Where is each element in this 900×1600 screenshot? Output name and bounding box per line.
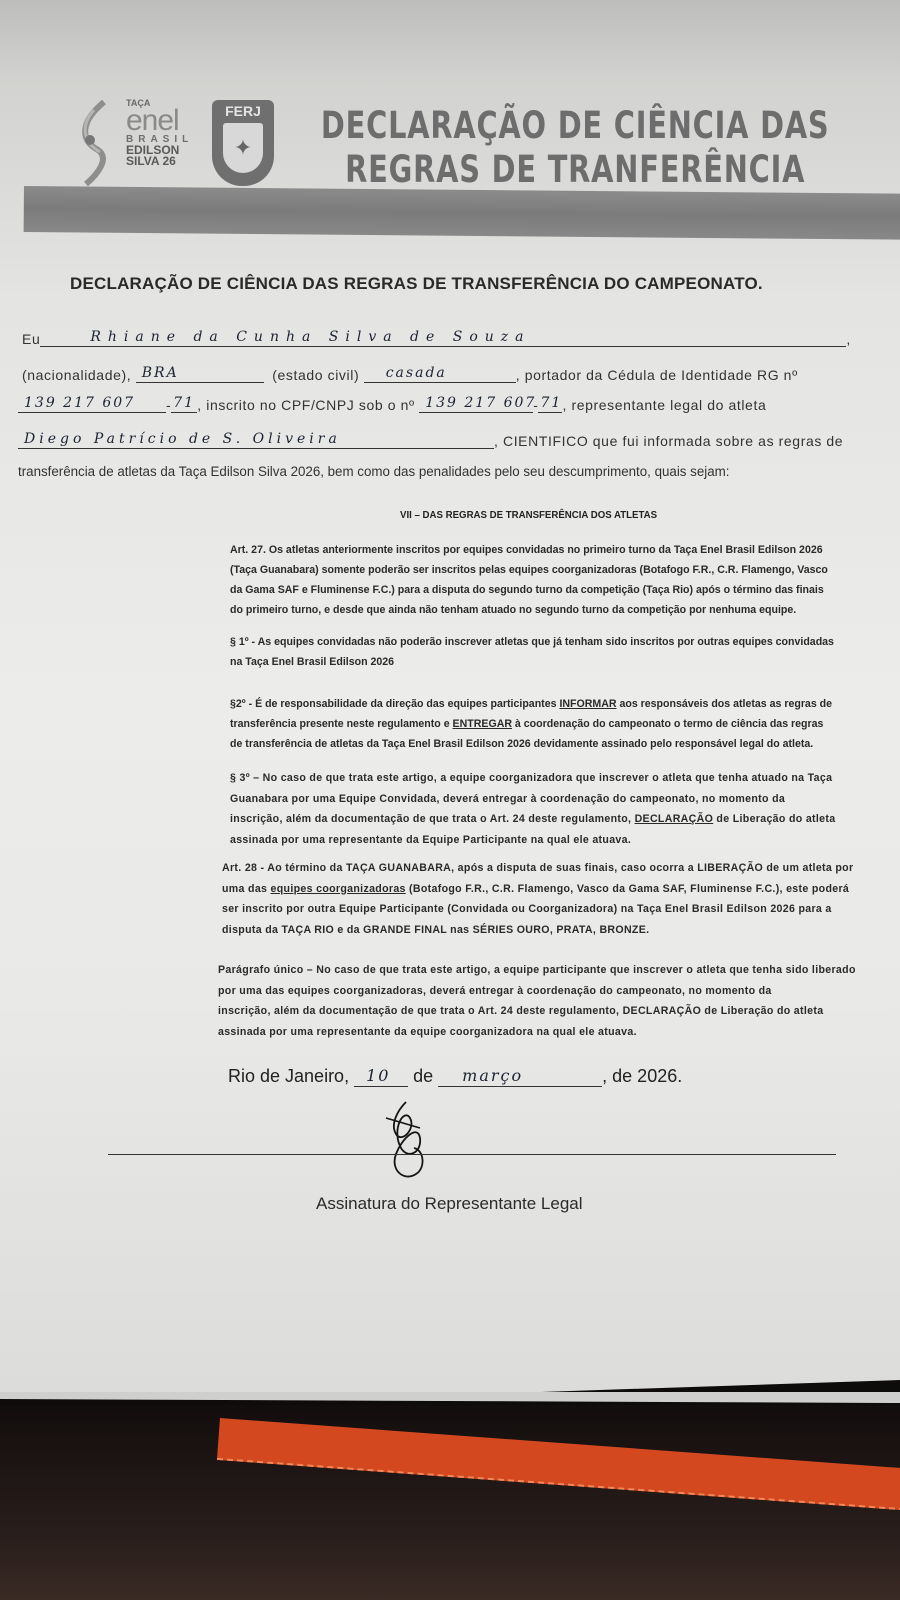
nacionalidade-field[interactable]: BRA (136, 364, 264, 383)
par3-text: inscrição, além da documentação de que t… (230, 813, 635, 825)
ferj-label: FERJ (212, 103, 274, 119)
par2-text: transferência presente neste regulamento… (230, 718, 453, 730)
atleta-field[interactable]: Diego Patrício de S. Oliveira (18, 428, 494, 449)
city-label: Rio de Janeiro, (228, 1066, 349, 1086)
par2-text: à coordenação do campeonato o termo de c… (512, 718, 823, 730)
nacionalidade-value: BRA (142, 365, 179, 381)
cpf-value: 139 217 607 (425, 395, 536, 411)
closing-text: transferência de atletas da Taça Edilson… (18, 464, 729, 480)
art28-text: (Botafogo F.R., C.R. Flamengo, Vasco da … (406, 883, 849, 895)
par3-line: Guanabara por uma Equipe Convidada, deve… (230, 789, 835, 810)
month-field[interactable]: março (438, 1066, 602, 1087)
page-title-line1: DECLARAÇÃO DE CIÊNCIA DAS (310, 104, 840, 148)
art28-line: Art. 28 - Ao término da TAÇA GUANABARA, … (222, 858, 853, 879)
unico-line: inscrição, além da documentação de que t… (218, 1001, 856, 1022)
rg-field[interactable]: 139 217 607 (18, 394, 166, 413)
header-band (24, 186, 900, 240)
de-label: de (413, 1066, 433, 1086)
athlete-row: Diego Patrício de S. Oliveira, CIENTIFIC… (18, 428, 843, 449)
cientifico-text: , CIENTIFICO que fui informada sobre as … (494, 433, 843, 449)
cpf-suffix-field[interactable]: 71 (538, 394, 562, 413)
art27-line: (Taça Guanabara) somente poderão ser ins… (230, 560, 828, 580)
par1-line: § 1º - As equipes convidadas não poderão… (230, 632, 834, 652)
rg-value: 139 217 607 (24, 395, 135, 411)
cpf-label: , inscrito no CPF/CNPJ sob o nº (197, 397, 414, 413)
eu-label: Eu (22, 331, 40, 347)
unico-line: por uma das equipes coorganizadoras, dev… (218, 981, 856, 1002)
article-28: Art. 28 - Ao término da TAÇA GUANABARA, … (222, 858, 853, 940)
nacionalidade-label: (nacionalidade), (22, 367, 131, 383)
ferj-crest-icon: ✦ (223, 123, 263, 173)
year-text: , de 2026. (602, 1066, 682, 1086)
equipes-underlined: equipes coorganizadoras (271, 883, 406, 895)
art28-text: uma das (222, 883, 271, 895)
rg-suffix-field[interactable]: 71 (171, 394, 197, 413)
nationality-row: (nacionalidade), BRA (estado civil) casa… (22, 364, 798, 383)
article-27: Art. 27. Os atletas anteriormente inscri… (230, 540, 828, 620)
day-value: 10 (366, 1066, 390, 1085)
atleta-value: Diego Patrício de S. Oliveira (24, 431, 341, 447)
name-field-value: Rhiane da Cunha Silva de Souza (90, 329, 530, 345)
logo-edition-line2: SILVA 26 (126, 156, 193, 167)
paragraph-1: § 1º - As equipes convidadas não poderão… (230, 632, 834, 672)
paragraph-3: § 3º – No caso de que trata este artigo,… (230, 768, 835, 850)
par3-text: de Liberação do atleta (713, 813, 835, 825)
signature-line (108, 1154, 836, 1155)
art27-line: da Gama SAF e Fluminense F.C.) para a di… (230, 580, 828, 600)
art27-line: Art. 27. Os atletas anteriormente inscri… (230, 540, 828, 560)
entregar-underlined: ENTREGAR (453, 718, 512, 730)
section-title: VII – DAS REGRAS DE TRANSFERÊNCIA DOS AT… (400, 509, 657, 521)
representante-label: , representante legal do atleta (562, 397, 766, 413)
swoosh-icon (76, 100, 116, 186)
art28-line: disputa da TAÇA RIO e da GRANDE FINAL na… (222, 920, 853, 941)
logo-brand-text: enel (126, 108, 193, 134)
signature-caption: Assinatura do Representante Legal (316, 1194, 583, 1214)
page-title: DECLARAÇÃO DE CIÊNCIA DAS REGRAS DE TRAN… (310, 104, 840, 192)
date-line: Rio de Janeiro, 10 de março, de 2026. (228, 1066, 682, 1087)
par3-line: assinada por uma representante da Equipe… (230, 830, 835, 851)
document-row: 139 217 607-71, inscrito no CPF/CNPJ sob… (18, 394, 766, 413)
declaracao-underlined: DECLARAÇÃO (635, 813, 714, 825)
name-field[interactable]: Rhiane da Cunha Silva de Souza (40, 326, 846, 347)
document-subtitle: DECLARAÇÃO DE CIÊNCIA DAS REGRAS DE TRAN… (70, 274, 763, 294)
paragrafo-unico: Parágrafo único – No caso de que trata e… (218, 960, 856, 1042)
estado-civil-label: (estado civil) (272, 367, 359, 383)
month-value: março (462, 1066, 523, 1085)
ball-icon (85, 135, 95, 145)
unico-line: Parágrafo único – No caso de que trata e… (218, 960, 856, 981)
name-row: EuRhiane da Cunha Silva de Souza, (22, 326, 851, 347)
par2-text: §2º - É de responsabilidade da direção d… (230, 698, 559, 710)
rg-suffix-value: 71 (173, 395, 195, 411)
par3-line: § 3º – No caso de que trata este artigo,… (230, 768, 835, 789)
estado-civil-field[interactable]: casada (364, 364, 516, 383)
handwritten-signature-icon (376, 1098, 436, 1184)
day-field[interactable]: 10 (354, 1066, 408, 1087)
unico-line: assinada por uma representante da equipe… (218, 1022, 856, 1043)
taca-enel-logo-icon: TAÇA enel BRASIL EDILSON SILVA 26 (76, 98, 226, 188)
art27-line: do primeiro turno, e desde que ainda não… (230, 600, 828, 620)
par2-text: aos responsáveis dos atletas as regras d… (617, 698, 833, 710)
par2-text: de transferência de atletas da Taça Enel… (230, 734, 832, 754)
rg-label: , portador da Cédula de Identidade RG nº (516, 367, 798, 383)
cpf-suffix-value: 71 (540, 395, 562, 411)
page-title-line2: REGRAS DE TRANFERÊNCIA (310, 148, 840, 192)
informar-underlined: INFORMAR (559, 698, 616, 710)
ferj-shield-icon: FERJ ✦ (212, 100, 274, 186)
art28-line: ser inscrito por outra Equipe Participan… (222, 899, 853, 920)
paragraph-2: §2º - É de responsabilidade da direção d… (230, 694, 832, 754)
cpf-field[interactable]: 139 217 607 (419, 394, 533, 413)
estado-civil-value: casada (386, 365, 447, 381)
par1-line: na Taça Enel Brasil Edilson 2026 (230, 652, 834, 672)
